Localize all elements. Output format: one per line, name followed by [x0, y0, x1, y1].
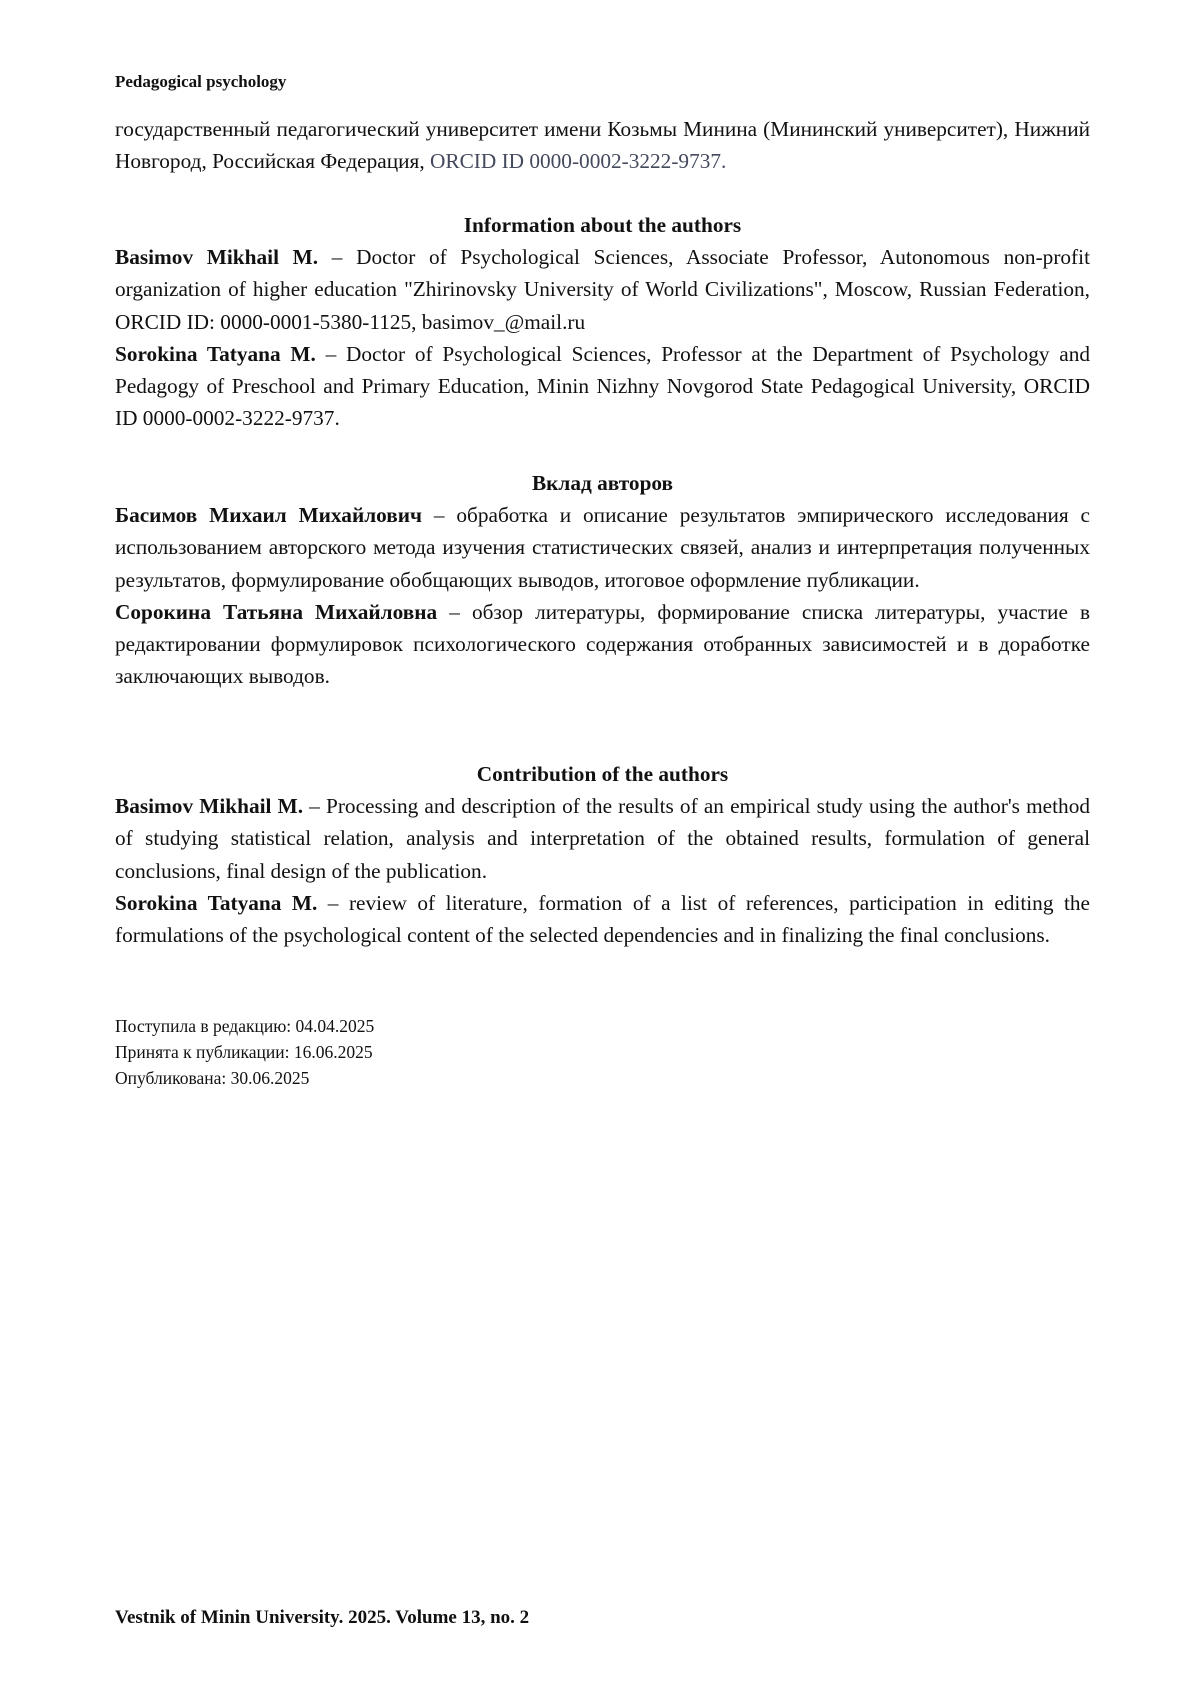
orcid-link[interactable]: ORCID ID 0000-0002-3222-9737.	[430, 149, 726, 173]
section-contribution-en: Contribution of the authors Basimov Mikh…	[115, 758, 1090, 951]
contribution-entry: Сорокина Татьяна Михайловна – обзор лите…	[115, 596, 1090, 693]
contribution-entry: Sorokina Tatyana M. – review of literatu…	[115, 887, 1090, 951]
contribution-entry: Басимов Михаил Михайлович – обработка и …	[115, 499, 1090, 596]
section-title: Information about the authors	[115, 209, 1090, 241]
running-head: Pedagogical psychology	[115, 72, 286, 92]
author-name: Basimov Mikhail M.	[115, 245, 318, 269]
affiliation-continuation: государственный педагогический университ…	[115, 113, 1090, 177]
author-name: Басимов Михаил Михайлович	[115, 503, 422, 527]
date-published: Опубликована: 30.06.2025	[115, 1065, 374, 1091]
author-name: Basimov Mikhail M.	[115, 794, 303, 818]
author-entry: Basimov Mikhail M. – Doctor of Psycholog…	[115, 241, 1090, 338]
date-accepted: Принята к публикации: 16.06.2025	[115, 1039, 374, 1065]
section-information-about-authors: Information about the authors Basimov Mi…	[115, 209, 1090, 434]
section-title: Contribution of the authors	[115, 758, 1090, 790]
contribution-entry: Basimov Mikhail M. – Processing and desc…	[115, 790, 1090, 887]
section-title: Вклад авторов	[115, 467, 1090, 499]
author-entry: Sorokina Tatyana M. – Doctor of Psycholo…	[115, 338, 1090, 435]
journal-footer: Vestnik of Minin University. 2025. Volum…	[115, 1607, 529, 1629]
author-name: Sorokina Tatyana M.	[115, 342, 316, 366]
publication-dates: Поступила в редакцию: 04.04.2025 Принята…	[115, 1013, 374, 1091]
author-name: Сорокина Татьяна Михайловна	[115, 600, 437, 624]
date-received: Поступила в редакцию: 04.04.2025	[115, 1013, 374, 1039]
author-name: Sorokina Tatyana M.	[115, 891, 317, 915]
section-contribution-ru: Вклад авторов Басимов Михаил Михайлович …	[115, 467, 1090, 692]
